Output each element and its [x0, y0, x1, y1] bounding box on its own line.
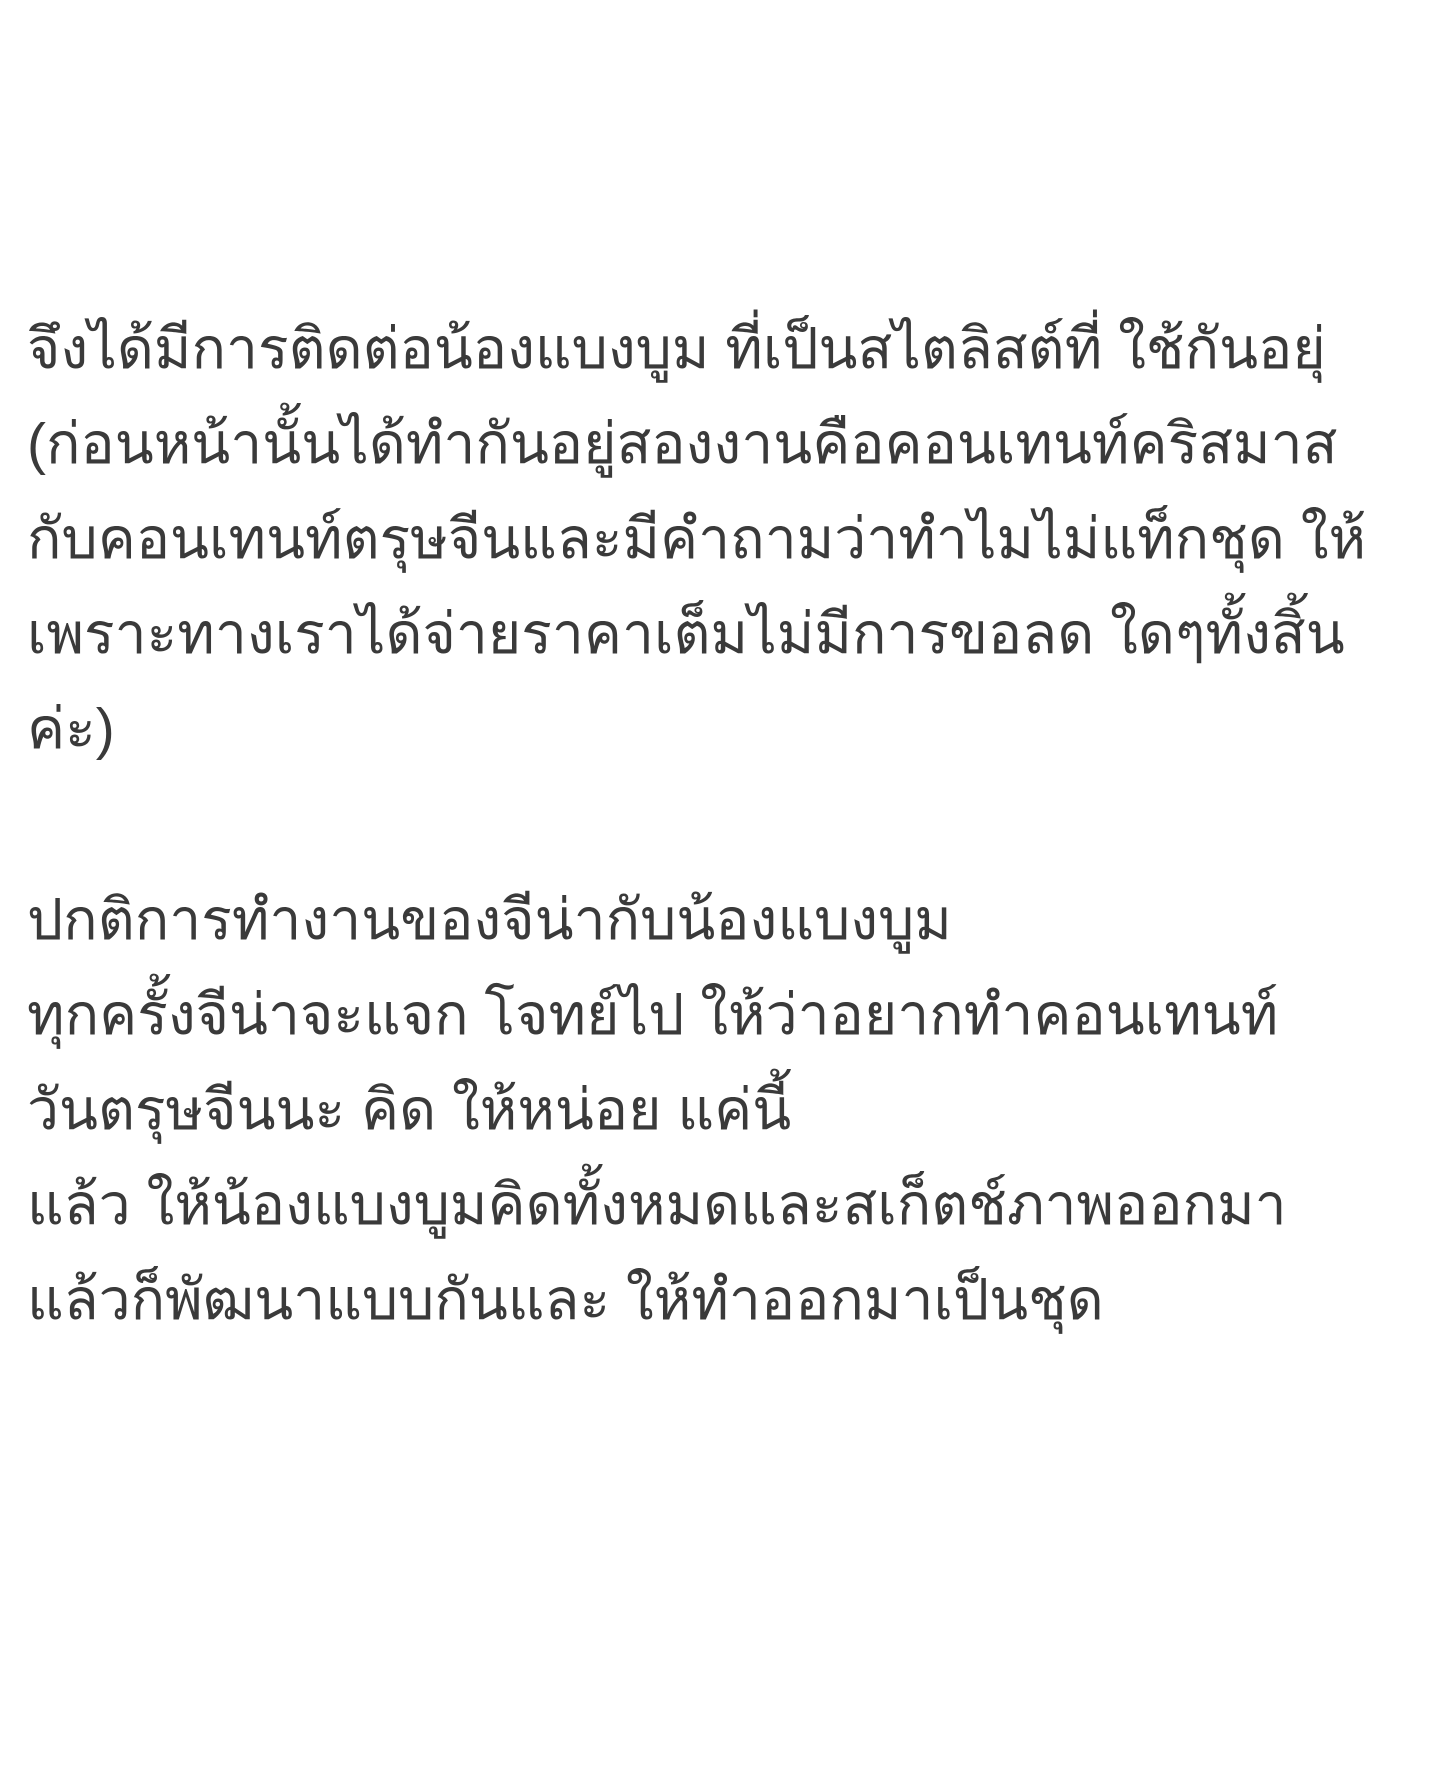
- text-line: แล้วก็พัฒนาแบบกันและ ให้ทำออกมาเป็นชุด: [27, 1253, 1420, 1348]
- text-line: ทุกครั้งจีน่าจะแจก โจทย์ไป ให้ว่าอยากทำค…: [27, 968, 1420, 1063]
- text-line: เพราะทางเราได้จ่ายราคาเต็มไม่มีการขอลด ใ…: [27, 587, 1420, 682]
- text-line: ปกติการทำงานของจีน่ากับน้องแบงบูม: [27, 873, 1420, 968]
- text-line: กับคอนเทนท์ตรุษจีนและมีคำถามว่าทำไมไม่แท…: [27, 492, 1420, 587]
- text-line: ค่ะ): [27, 682, 1420, 777]
- paragraph-2: ปกติการทำงานของจีน่ากับน้องแบงบูม ทุกครั…: [27, 873, 1420, 1348]
- text-line: จึงได้มีการติดต่อน้องแบงบูม ที่เป็นสไตลิ…: [27, 302, 1420, 397]
- text-line: (ก่อนหน้านั้นได้ทำกันอยู่สองงานคือคอนเทน…: [27, 397, 1420, 492]
- text-line: วันตรุษจีนนะ คิด ให้หน่อย แค่นี้: [27, 1063, 1420, 1158]
- text-document: จึงได้มีการติดต่อน้องแบงบูม ที่เป็นสไตลิ…: [0, 0, 1440, 1348]
- paragraph-1: จึงได้มีการติดต่อน้องแบงบูม ที่เป็นสไตลิ…: [27, 302, 1420, 777]
- text-line: แล้ว ให้น้องแบงบูมคิดทั้งหมดและสเก็ตช์ภา…: [27, 1158, 1420, 1253]
